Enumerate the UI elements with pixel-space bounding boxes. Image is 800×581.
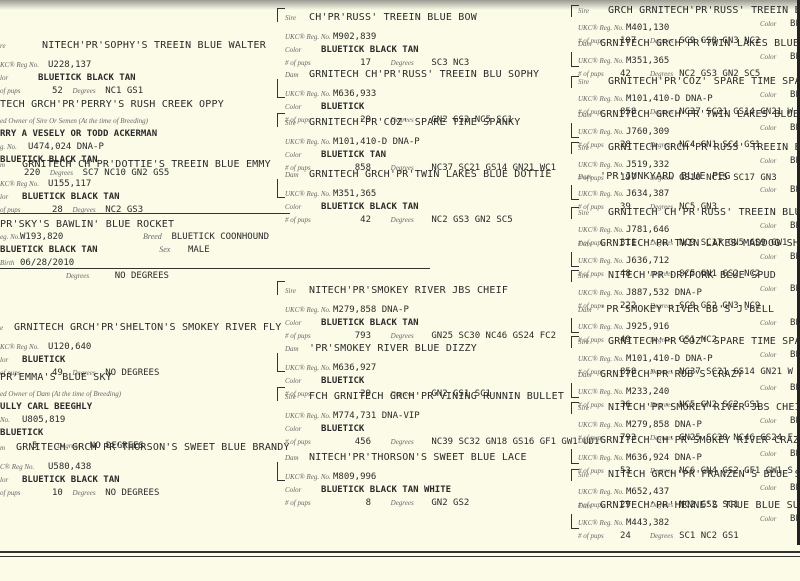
gen3-bracket-tick: [277, 387, 285, 388]
gen3-sire-4: SireNITECH'PR'SMOKEY RIVER JBS CHEIFUKC®…: [285, 283, 556, 341]
gen3-dam-3: DamGRNITECH GRCH'PR'TWIN LAKES BLUE DOTT…: [285, 167, 552, 225]
gen3-dam-7: DamNITECH'PR'THORSON'S SWEET BLUE LACEUK…: [285, 450, 527, 508]
bottom-rule-thick: [0, 551, 800, 553]
gen4-bracket-tick: [571, 336, 579, 337]
gen4-bracket-tick: [571, 266, 579, 267]
gen3-sire-0: SireCH'PR'RUSS' TREEIN BLUE BOWUKC® Reg.…: [285, 10, 477, 68]
gen4-bracket: [571, 449, 572, 463]
subject-dog: PR'SKY'S BAWLIN' BLUE ROCKET eg. No.W193…: [0, 217, 269, 281]
gen3-bracket-tick: [277, 113, 285, 114]
gen3-bracket: [277, 113, 278, 127]
gen3-bracket-tick: [277, 97, 285, 98]
gen4-bracket: [571, 383, 572, 397]
gen4-bracket-tick: [571, 207, 579, 208]
gen2-dam-paternal: mGRNITECH CH'PR'DOTTIE'S TREEIN BLUE EMM…: [0, 157, 271, 215]
gen3-bracket: [277, 179, 278, 197]
gen4-bracket: [571, 76, 572, 88]
gen4-bracket: [571, 514, 572, 528]
gen4-bracket: [571, 52, 572, 66]
gen4-bracket: [571, 185, 572, 199]
gen3-bracket: [277, 8, 278, 22]
gen4-bracket-tick: [571, 463, 579, 464]
gen4-bracket: [571, 123, 572, 137]
gen3-sire-6: SireFCH GRNITECH GRCH'PR'VINING RUNNIN B…: [285, 389, 599, 447]
gen4-bracket-tick: [571, 402, 579, 403]
subject-bottom-rule: [0, 268, 430, 269]
gen4-dam-15: DamGRNITECH'PR'HENNE'S TRUE BLUE SUZIEUK…: [578, 498, 800, 541]
gen3-sire-2: SireGRNITECH'PR'COZ' SPARE TIME SPANKYUK…: [285, 115, 556, 173]
gen3-bracket-tick: [277, 480, 285, 481]
gen4-bracket-tick: [571, 528, 579, 529]
gen4-bracket: [571, 252, 572, 266]
gen4-bracket: [571, 207, 572, 219]
gen3-bracket: [277, 353, 278, 371]
gen2-dam-maternal: mGRNITECH GRCH'PR'THORSON'S SWEET BLUE B…: [0, 440, 290, 498]
gen4-bracket-tick: [571, 332, 579, 333]
gen4-bracket-tick: [571, 469, 579, 470]
gen4-bracket: [571, 469, 572, 481]
gen3-bracket: [277, 281, 278, 295]
gen4-bracket-tick: [571, 137, 579, 138]
gen3-bracket-tick: [277, 281, 285, 282]
gen4-bracket: [571, 336, 572, 348]
gen3-bracket-tick: [277, 197, 285, 198]
bottom-rule-thin: [0, 556, 800, 557]
gen4-bracket-tick: [571, 5, 579, 6]
gen4-bracket-tick: [571, 199, 579, 200]
gen3-bracket-tick: [277, 8, 285, 9]
gen4-bracket: [571, 270, 572, 282]
gen2-sire-paternal: reNITECH'PR'SOPHY'S TREEIN BLUE WALTER K…: [0, 38, 266, 96]
gen4-bracket: [571, 402, 572, 414]
gen3-bracket: [277, 462, 278, 480]
gen4-bracket-tick: [571, 66, 579, 67]
gen4-bracket-tick: [571, 270, 579, 271]
gen3-bracket-tick: [277, 371, 285, 372]
gen4-bracket-tick: [571, 142, 579, 143]
gen3-bracket: [277, 387, 278, 401]
gen4-bracket-tick: [571, 397, 579, 398]
gen4-bracket-tick: [571, 76, 579, 77]
gen4-bracket: [571, 142, 572, 154]
subject-top-rule: [0, 213, 290, 214]
gen1-dam: PR'EMMA'S BLUE SKY ed Owner of Dam (At t…: [0, 370, 144, 451]
gen4-bracket: [571, 318, 572, 332]
gen4-dam-1: DamGRNITECH GRCH'PR'TWIN LAKES BLUE DOTT…: [578, 36, 800, 79]
gen4-bracket: [571, 5, 572, 17]
gen3-bracket: [277, 79, 278, 97]
